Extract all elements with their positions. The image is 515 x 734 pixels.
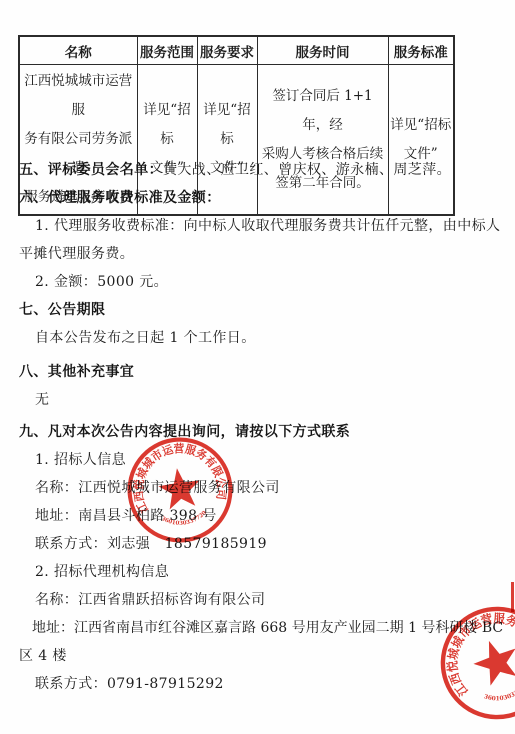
section5-heading: 五、评标委员会名单： xyxy=(19,162,163,178)
section7-heading: 七、公告期限 xyxy=(19,296,505,324)
document-body: 五、评标委员会名单：黄大战、应卫红、曾庆权、游永楠、周芝萍。 六、代理服务收费标… xyxy=(0,156,515,698)
section8-line1: 无 xyxy=(19,386,505,414)
section9-bidder-contact: 联系方式：刘志强 18579185919 xyxy=(19,530,505,558)
section9-bidder-address: 地址：南昌县斗柏路 398 号 xyxy=(19,502,505,530)
table-header-row: 名称 服务范围 服务要求 服务时间 服务标准 xyxy=(19,36,454,65)
section6-line1: 1. 代理服务收费标准：向中标人收取代理服务费共计伍仟元整，由中标人 xyxy=(19,212,505,240)
header-cell-time: 服务时间 xyxy=(257,36,388,65)
section9-agency-info-title: 2. 招标代理机构信息 xyxy=(19,558,505,586)
section9-agency-address-line1: 地址：江西省南昌市红谷滩区嘉言路 668 号用友产业园二期 1 号科研楼 BC xyxy=(19,614,505,642)
section9-agency-address-line2: 区 4 楼 xyxy=(19,642,505,670)
section5-names: 黄大战、应卫红、曾庆权、游永楠、周芝萍。 xyxy=(163,162,451,178)
section5-line: 五、评标委员会名单：黄大战、应卫红、曾庆权、游永楠、周芝萍。 xyxy=(19,156,505,184)
section9-bidder-info-title: 1. 招标人信息 xyxy=(19,446,505,474)
section6-line3: 2. 金额：5000 元。 xyxy=(19,268,505,296)
header-cell-standard: 服务标准 xyxy=(388,36,454,65)
section8-heading: 八、其他补充事宜 xyxy=(19,358,505,386)
section9-agency-contact: 联系方式：0791-87915292 xyxy=(19,670,505,698)
section9-agency-name: 名称：江西省鼎跃招标咨询有限公司 xyxy=(19,586,505,614)
header-cell-scope: 服务范围 xyxy=(137,36,197,65)
document-page: 名称 服务范围 服务要求 服务时间 服务标准 江西悦城城市运营服 务有限公司劳务… xyxy=(0,0,515,734)
seal-ink-edge-mark xyxy=(511,582,514,612)
section7-line1: 自本公告发布之日起 1 个工作日。 xyxy=(19,324,505,352)
section9-heading: 九、凡对本次公告内容提出询问，请按以下方式联系 xyxy=(19,418,505,446)
section9-bidder-name: 名称：江西悦城城市运营服务有限公司 xyxy=(19,474,505,502)
section6-line2: 平摊代理服务费。 xyxy=(19,240,505,268)
section6-heading: 六、代理服务收费标准及金额： xyxy=(19,184,505,212)
header-cell-name: 名称 xyxy=(19,36,137,65)
header-cell-requirement: 服务要求 xyxy=(197,36,257,65)
